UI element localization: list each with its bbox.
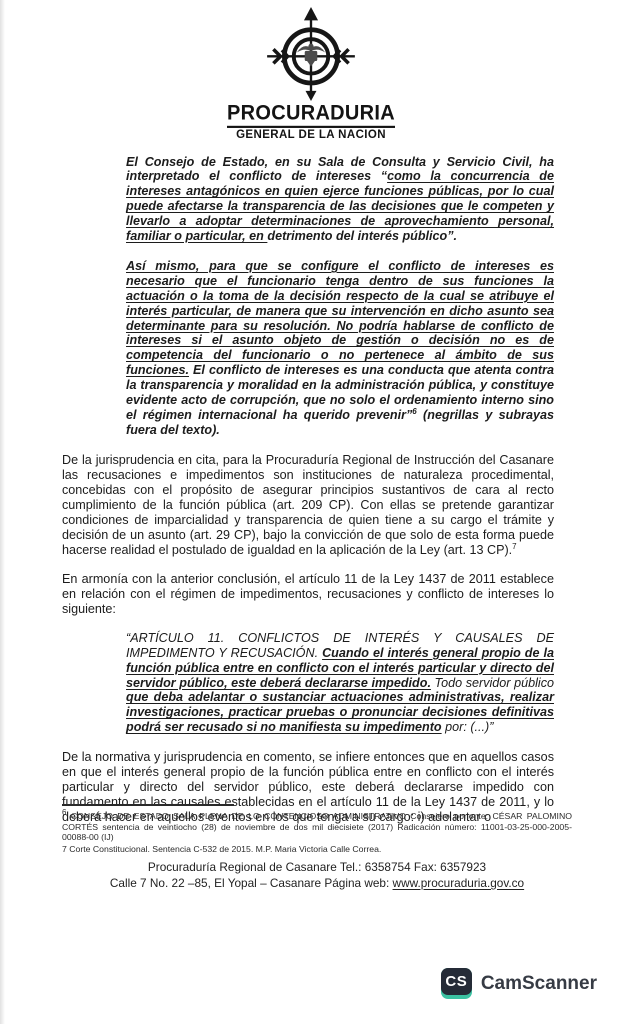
footnote-7: 7 Corte Constitucional. Sentencia C-532 … — [62, 844, 572, 855]
camscanner-icon: CS — [441, 968, 472, 999]
logo-title: PROCURADURIA — [227, 102, 395, 128]
page-footer: 6 CONSEJO DE ESTADO SALA PLENA DE LO CON… — [62, 804, 572, 891]
camscanner-icon-letters: CS — [441, 968, 472, 995]
footnote-6: 6 CONSEJO DE ESTADO SALA PLENA DE LO CON… — [62, 811, 572, 843]
camscanner-label: CamScanner — [481, 973, 597, 995]
quote1-tail: detrimento del interés público”. — [267, 229, 457, 243]
camscanner-watermark: CS CamScanner — [441, 968, 597, 999]
logo-subtitle: GENERAL DE LA NACION — [0, 130, 622, 142]
scanned-page: PROCURADURIA GENERAL DE LA NACION El Con… — [0, 0, 622, 1024]
procuraduria-emblem-icon — [253, 7, 369, 101]
quote-articulo-11: “ARTÍCULO 11. CONFLICTOS DE INTERÉS Y CA… — [126, 631, 554, 735]
quote2-underlined: Así mismo, para que se configure el conf… — [126, 259, 554, 377]
footnote-ref-7: 7 — [512, 542, 516, 551]
footnote-divider — [62, 804, 234, 806]
footer-address-line2: Calle 7 No. 22 –85, El Yopal – Casanare … — [62, 876, 572, 892]
footer-address: Procuraduría Regional de Casanare Tel.: … — [62, 860, 572, 891]
quote-asi-mismo: Así mismo, para que se configure el conf… — [126, 259, 554, 438]
footer-address-street: Calle 7 No. 22 –85, El Yopal – Casanare … — [110, 876, 393, 890]
quote-consejo-de-estado: El Consejo de Estado, en su Sala de Cons… — [126, 155, 554, 244]
paragraph-jurisprudencia: De la jurisprudencia en cita, para la Pr… — [62, 453, 554, 558]
quote3-mid: Todo servidor público — [431, 676, 554, 690]
footnote-6-text: CONSEJO DE ESTADO SALA PLENA DE LO CONTE… — [62, 811, 572, 842]
quote3-tail: por: (...)” — [442, 720, 494, 734]
header-logo: PROCURADURIA GENERAL DE LA NACION — [0, 0, 622, 142]
footer-address-line1: Procuraduría Regional de Casanare Tel.: … — [62, 860, 572, 876]
paragraph-en-armonia: En armonía con la anterior conclusión, e… — [62, 572, 554, 617]
website-link: www.procuraduria.gov.co — [393, 876, 525, 890]
document-body: El Consejo de Estado, en su Sala de Cons… — [0, 142, 622, 826]
paragraph1-text: De la jurisprudencia en cita, para la Pr… — [62, 453, 554, 557]
